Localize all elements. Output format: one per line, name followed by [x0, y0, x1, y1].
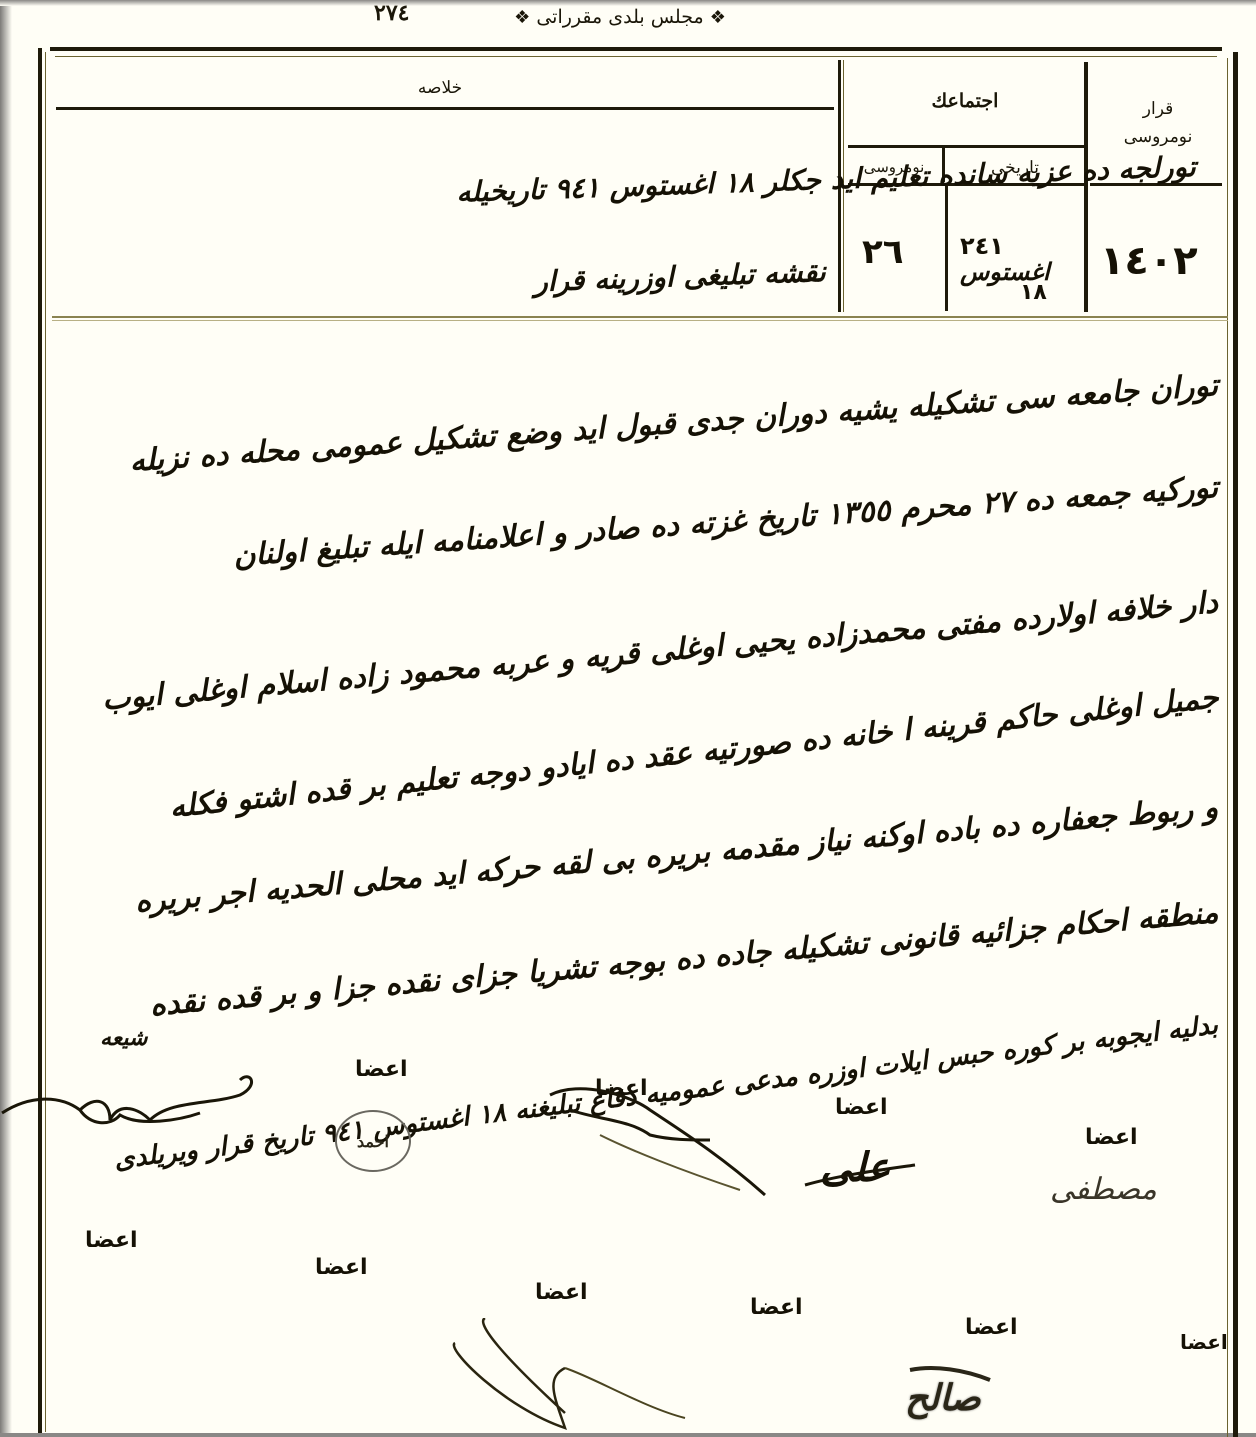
closing-note: شیعه — [100, 1026, 147, 1051]
member-label: اعضا — [535, 1280, 588, 1305]
meeting-col-divider-lower — [945, 186, 948, 311]
frame-left — [38, 48, 42, 1433]
meeting-number: ٢٦ — [862, 232, 904, 272]
page-number: ٢٧٤ — [374, 0, 409, 26]
frame-top — [50, 47, 1222, 51]
summary-line-2: نقشه تبلیغی اوزرینه قرار — [534, 255, 827, 298]
summary-header-rule — [56, 107, 834, 110]
meeting-date-day: ١٨ — [1020, 280, 1047, 305]
frame-top-inner — [55, 56, 1217, 57]
member-label: اعضا — [355, 1057, 408, 1082]
member-label: اعضا — [315, 1255, 368, 1280]
decision-number: ١٤٠٢ — [1100, 238, 1198, 284]
decision-label-line2: نومروسی — [1092, 123, 1224, 151]
ornament-icon: ❖ — [514, 7, 530, 28]
member-signature: مصطفی — [1050, 1172, 1157, 1207]
member-signature — [445, 1318, 705, 1437]
decision-label: قرار نومروسی — [1092, 95, 1224, 151]
frame-right-inner — [1227, 58, 1228, 1437]
scan-edge — [0, 0, 12, 1437]
member-label: اعضا — [835, 1095, 888, 1120]
frame-left-inner — [45, 52, 46, 1432]
ornament-icon: ❖ — [710, 7, 726, 28]
table-bottom-rule2 — [52, 320, 1228, 321]
member-label: اعضا — [85, 1228, 138, 1253]
member-label: اعضا — [1085, 1125, 1138, 1150]
summary-label: خلاصه — [340, 78, 540, 98]
document-title: ❖ مجلس بلدی مقرراتی ❖ — [470, 6, 770, 28]
member-seal: احمد — [335, 1110, 411, 1172]
member-signature — [540, 1080, 780, 1205]
member-label: اعضا — [1180, 1330, 1228, 1354]
meeting-header-rule — [848, 145, 1084, 148]
member-label: اعضا — [965, 1315, 1018, 1340]
decision-col-divider — [1084, 62, 1088, 312]
member-label: اعضا — [750, 1295, 803, 1320]
signature-flourish — [0, 1065, 270, 1135]
meeting-date-year: ٢٤١ — [960, 232, 1004, 260]
body-line: تورکیه جمعه ده ٢٧ محرم ١٣٥٥ تاریخ غزته د… — [232, 470, 1219, 574]
body-line: منطقه احکام جزائیه قانونی تشکیله جاده ده… — [148, 895, 1219, 1023]
signature-underline — [800, 1160, 920, 1190]
meeting-label: اجتماعك — [860, 90, 1070, 112]
table-bottom-rule — [52, 316, 1228, 318]
body-line: توران جامعه سی تشکیله یشیه دوران جدی قبو… — [128, 368, 1219, 479]
signature-stroke — [905, 1365, 995, 1385]
title-text: مجلس بلدی مقرراتی — [536, 6, 703, 28]
decision-label-line1: قرار — [1092, 95, 1224, 123]
frame-right — [1233, 52, 1238, 1437]
